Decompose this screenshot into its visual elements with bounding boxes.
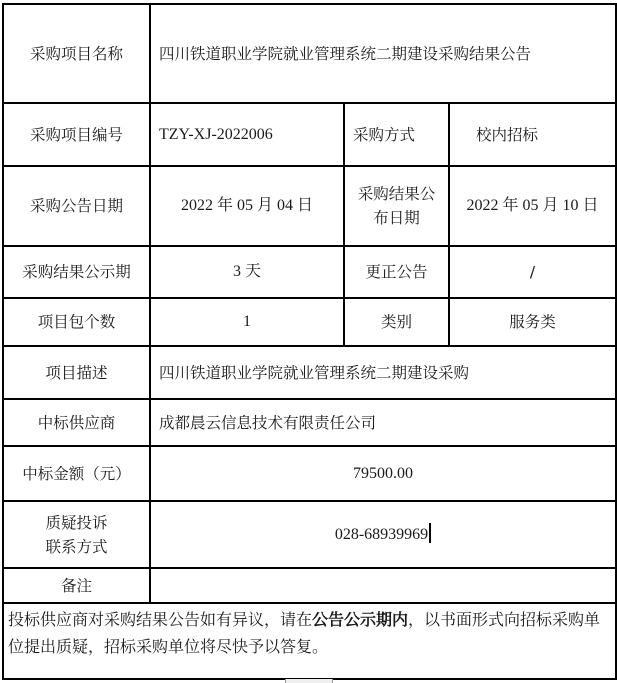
complaint-contact-value-cell[interactable]: 028-68939969 — [150, 501, 616, 568]
project-number-value[interactable]: TZY-XJ-2022006 — [150, 103, 344, 166]
winning-amount-value[interactable]: 79500.00 — [150, 446, 616, 501]
category-label: 类别 — [344, 298, 449, 346]
text-cursor — [429, 523, 431, 543]
notice-text-bold: 公告公示期内 — [312, 610, 408, 629]
description-label: 项目描述 — [3, 346, 150, 399]
table-row-winning-amount: 中标金额（元） 79500.00 — [3, 446, 616, 501]
publicity-period-value[interactable]: 3 天 — [150, 246, 344, 298]
complaint-contact-value[interactable]: 028-68939969 — [335, 526, 428, 543]
result-publish-date-label-line2: 布日期 — [351, 206, 442, 230]
package-count-value[interactable]: 1 — [150, 298, 344, 346]
winning-amount-label: 中标金额（元） — [3, 446, 150, 501]
complaint-contact-label: 质疑投诉 联系方式 — [3, 501, 150, 568]
winning-supplier-label: 中标供应商 — [3, 399, 150, 446]
result-publish-date-label-line1: 采购结果公 — [351, 182, 442, 206]
table-row-winning-supplier: 中标供应商 成都晨云信息技术有限责任公司 — [3, 399, 616, 446]
table-row-project-number: 采购项目编号 TZY-XJ-2022006 采购方式 校内招标 — [3, 103, 616, 166]
procurement-method-value[interactable]: 校内招标 — [449, 103, 616, 166]
package-count-label: 项目包个数 — [3, 298, 150, 346]
table-row-package-count: 项目包个数 1 类别 服务类 — [3, 298, 616, 346]
project-number-label: 采购项目编号 — [3, 103, 150, 166]
announcement-date-label: 采购公告日期 — [3, 166, 150, 246]
complaint-contact-label-line1: 质疑投诉 — [10, 511, 143, 535]
result-publish-date-value[interactable]: 2022 年 05 月 10 日 — [449, 166, 616, 246]
table-row-notice: 投标供应商对采购结果公告如有异议，请在公告公示期内，以书面形式向招标采购单位提出… — [3, 603, 616, 679]
remarks-label: 备注 — [3, 568, 150, 603]
announcement-date-value[interactable]: 2022 年 05 月 04 日 — [150, 166, 344, 246]
procurement-method-label: 采购方式 — [344, 103, 449, 166]
table-row-publicity-period: 采购结果公示期 3 天 更正公告 / — [3, 246, 616, 298]
project-name-label: 采购项目名称 — [3, 4, 150, 103]
project-name-value[interactable]: 四川铁道职业学院就业管理系统二期建设采购结果公告 — [150, 4, 616, 103]
result-publish-date-label: 采购结果公 布日期 — [344, 166, 449, 246]
procurement-result-table: 采购项目名称 四川铁道职业学院就业管理系统二期建设采购结果公告 采购项目编号 T… — [2, 3, 617, 680]
publicity-period-label: 采购结果公示期 — [3, 246, 150, 298]
description-value[interactable]: 四川铁道职业学院就业管理系统二期建设采购 — [150, 346, 616, 399]
objection-notice[interactable]: 投标供应商对采购结果公告如有异议，请在公告公示期内，以书面形式向招标采购单位提出… — [3, 603, 616, 679]
procurement-result-document: 采购项目名称 四川铁道职业学院就业管理系统二期建设采购结果公告 采购项目编号 T… — [2, 3, 615, 680]
table-row-complaint-contact: 质疑投诉 联系方式 028-68939969 — [3, 501, 616, 568]
category-value[interactable]: 服务类 — [449, 298, 616, 346]
correction-notice-value[interactable]: / — [449, 246, 616, 298]
complaint-contact-label-line2: 联系方式 — [10, 535, 143, 559]
winning-supplier-value[interactable]: 成都晨云信息技术有限责任公司 — [150, 399, 616, 446]
table-row-project-name: 采购项目名称 四川铁道职业学院就业管理系统二期建设采购结果公告 — [3, 4, 616, 103]
horizontal-scrollbar[interactable] — [285, 679, 333, 683]
table-row-dates: 采购公告日期 2022 年 05 月 04 日 采购结果公 布日期 2022 年… — [3, 166, 616, 246]
table-row-description: 项目描述 四川铁道职业学院就业管理系统二期建设采购 — [3, 346, 616, 399]
table-row-remarks: 备注 — [3, 568, 616, 603]
correction-notice-label: 更正公告 — [344, 246, 449, 298]
remarks-value[interactable] — [150, 568, 616, 603]
notice-text-before: 投标供应商对采购结果公告如有异议，请在 — [8, 610, 312, 629]
